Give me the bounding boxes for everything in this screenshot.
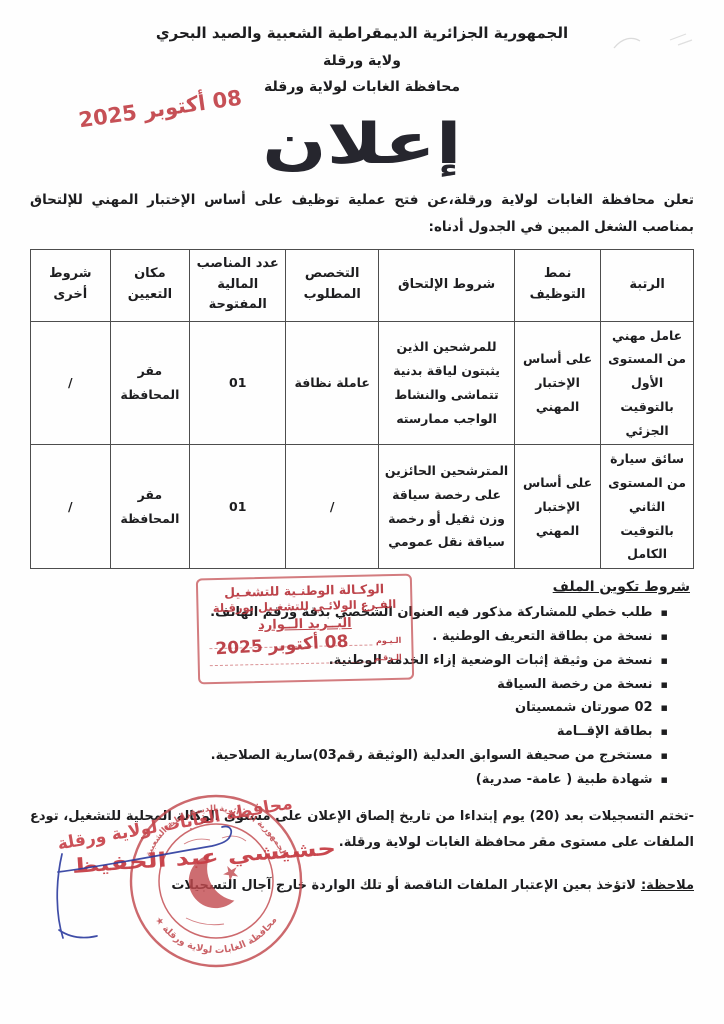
table-cell: على أساس الإختبار المهني — [515, 445, 601, 569]
column-header-required-specialty: التخصص المطلوب — [286, 249, 379, 321]
pencil-marks — [608, 26, 708, 60]
table-row: عامل مهني من المستوى الأول بالتوقيت الجز… — [31, 321, 694, 445]
positions-table: الرتبة نمط التوظيف شروط الإلتحاق التخصص … — [30, 249, 694, 570]
stamp-number-label: الـرقـم — [374, 654, 402, 663]
header-line-conservation: محافظة الغابات لولاية ورقلة — [30, 79, 694, 95]
stamp-date-fields: الـيـوم الـرقـم 08 أكتوبر 2025 — [209, 632, 402, 666]
document-header: الجمهورية الجزائرية الديمقراطية الشعبية … — [30, 24, 694, 95]
column-header-rank: الرتبة — [601, 249, 694, 321]
table-cell: مقر المحافظة — [110, 321, 190, 445]
file-requirements-title: شروط تكوين الملف — [553, 579, 690, 595]
incoming-mail-stamp: الوكـالة الوطنـية للتشغـيل الفـرع الولائ… — [196, 574, 414, 685]
intro-paragraph: تعلن محافظة الغابات لولاية ورقلة،عن فتح … — [30, 187, 694, 241]
column-header-recruitment-mode: نمط التوظيف — [515, 249, 601, 321]
table-cell: سائق سيارة من المستوى الثاني بالتوقيت ال… — [601, 445, 694, 569]
column-header-assignment-place: مكان التعيين — [110, 249, 190, 321]
header-line-republic: الجمهورية الجزائرية الديمقراطية الشعبية … — [30, 24, 694, 42]
header-line-wilaya: ولاية ورقلة — [30, 53, 694, 69]
table-row: سائق سيارة من المستوى الثاني بالتوقيت ال… — [31, 445, 694, 569]
table-header-row: الرتبة نمط التوظيف شروط الإلتحاق التخصص … — [31, 249, 694, 321]
table-cell: مقر المحافظة — [110, 445, 190, 569]
column-header-other-conditions: شروط أخرى — [31, 249, 111, 321]
table-cell: 01 — [190, 445, 286, 569]
list-item: مستخرج من صحيفة السوابق العدلية (الوثيقة… — [30, 747, 668, 766]
note-label: ملاحظة: — [641, 878, 694, 893]
stamp-incoming-mail-label: البــريد الــوارد — [258, 616, 352, 633]
table-cell: 01 — [190, 321, 286, 445]
column-header-open-positions: عدد المناصب المالية المفتوحة — [190, 249, 286, 321]
handwritten-signature — [46, 824, 266, 974]
list-item: شهادة طبية ( عامة- صدرية) — [30, 771, 668, 790]
list-item: بطاقة الإقــامة — [30, 723, 668, 742]
table-cell: / — [286, 445, 379, 569]
table-cell: على أساس الإختبار المهني — [515, 321, 601, 445]
stamp-day-label: الـيـوم — [376, 637, 402, 646]
column-header-entry-conditions: شروط الإلتحاق — [379, 249, 515, 321]
table-cell: عاملة نظافة — [286, 321, 379, 445]
table-cell: المترشحين الحائزين على رخصة سياقة وزن ثق… — [379, 445, 515, 569]
table-cell: / — [31, 445, 111, 569]
announcement-title-text: إعلان — [262, 107, 461, 183]
table-cell: / — [31, 321, 111, 445]
table-cell: عامل مهني من المستوى الأول بالتوقيت الجز… — [601, 321, 694, 445]
table-cell: للمرشحين الذين يثبتون لياقة بدنية تتماشى… — [379, 321, 515, 445]
list-item: 02 صورتان شمسيتان — [30, 699, 668, 718]
